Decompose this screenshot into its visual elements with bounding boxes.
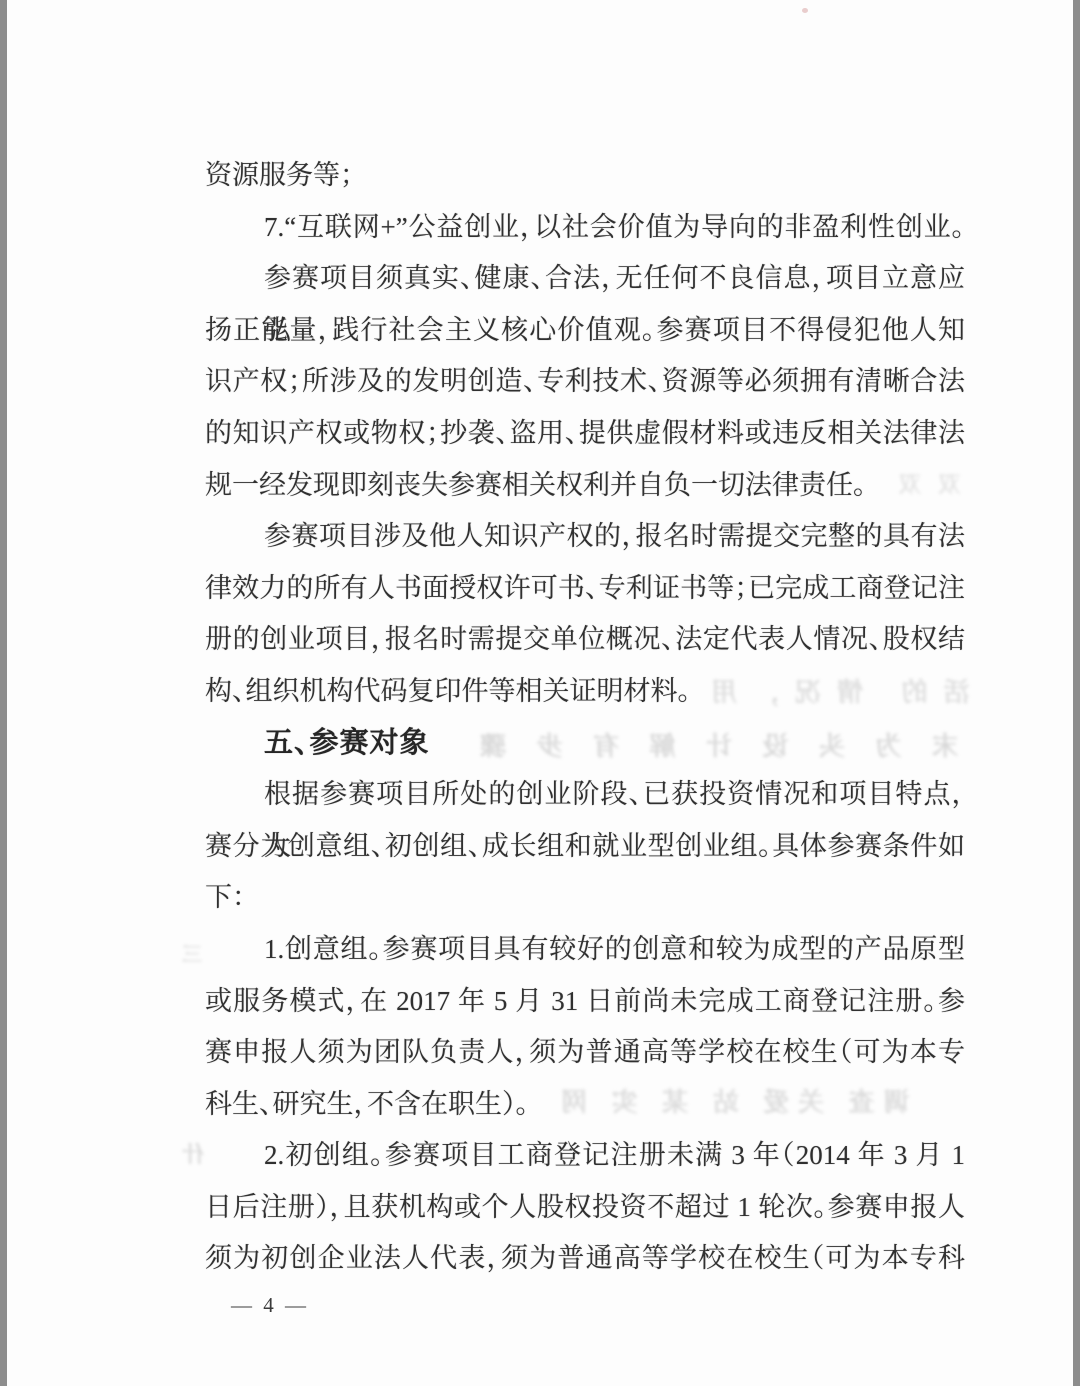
text-line: 规一经发现即刻丧失参赛相关权利并自负一切法律责任。 [205,460,965,512]
text-line: 根据参赛项目所处的创业阶段、已获投资情况和项目特点，大 [205,769,965,821]
text-line: 须为初创企业法人代表，须为普通高等学校在校生（可为本专科 [205,1233,965,1285]
text-line: 科生、研究生，不含在职生）。 [205,1079,965,1131]
text-line: 律效力的所有人书面授权许可书、专利证书等；已完成工商登记注 [205,563,965,615]
text-line: 册的创业项目，报名时需提交单位概况、法定代表人情况、股权结 [205,614,965,666]
text-line: 构、组织机构代码复印件等相关证明材料。 [205,666,965,718]
red-scan-speck [802,8,808,13]
text-line: 1.创意组。参赛项目具有较好的创意和较为成型的产品原型 [205,924,965,976]
text-line: 下： [205,872,965,924]
text-line: 参赛项目须真实、健康、合法，无任何不良信息，项目立意应弘 [205,253,965,305]
bleed-through-text: 什 [182,1138,204,1169]
text-line: 2.初创组。参赛项目工商登记注册未满 3 年（2014 年 3 月 1 [205,1130,965,1182]
text-line: 7.“互联网+”公益创业，以社会价值为导向的非盈利性创业。 [205,202,965,254]
text-line: 的知识产权或物权；抄袭、盗用、提供虚假材料或违反相关法律法 [205,408,965,460]
text-line: 日后注册），且获机构或个人股权投资不超过 1 轮次。参赛申报人 [205,1182,965,1234]
text-line: 赛申报人须为团队负责人，须为普通高等学校在校生（可为本专 [205,1027,965,1079]
scan-edge-left [0,0,7,1386]
text-line: 资源服务等； [205,150,965,202]
document-page-text: 资源服务等；7.“互联网+”公益创业，以社会价值为导向的非盈利性创业。参赛项目须… [205,150,965,1285]
text-line: 参赛项目涉及他人知识产权的，报名时需提交完整的具有法 [205,511,965,563]
section-heading: 五、参赛对象 [205,718,965,770]
text-line: 扬正能量，践行社会主义核心价值观。参赛项目不得侵犯他人知 [205,305,965,357]
page-number: — 4 — [0,1293,540,1318]
text-line: 识产权；所涉及的发明创造、专利技术、资源等必须拥有清晰合法 [205,356,965,408]
text-line: 或服务模式，在 2017 年 5 月 31 日前尚未完成工商登记注册。参 [205,976,965,1028]
bleed-through-text: 三 [182,938,202,967]
scan-edge-right [1073,0,1080,1386]
text-line: 赛分为创意组、初创组、成长组和就业型创业组。具体参赛条件如 [205,821,965,873]
